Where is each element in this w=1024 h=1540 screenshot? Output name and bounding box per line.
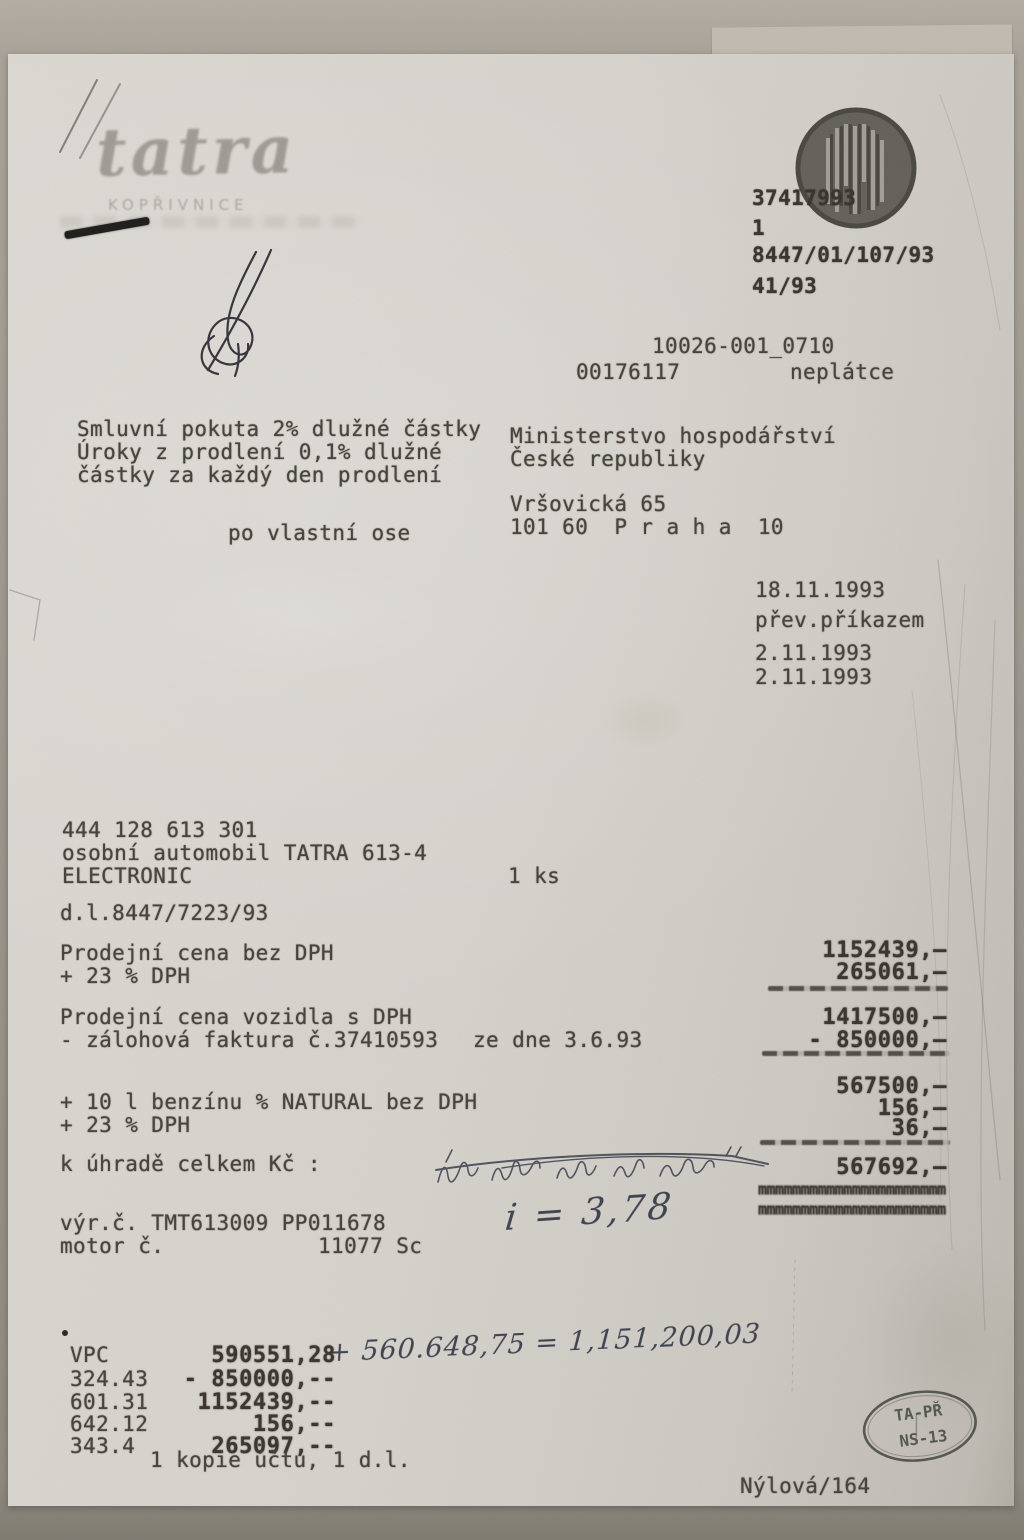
recipient-name-2: České republiky xyxy=(510,447,706,471)
penalty-line-3: částky za každý den prodlení xyxy=(77,463,442,487)
scanned-invoice-page: tatra KOPŘIVNICE xyxy=(0,0,1024,1540)
issue-date: 2.11.1993 xyxy=(755,641,872,665)
acct-row-code: 343.4 xyxy=(70,1434,135,1458)
acct-row-amount: - 850000,-- xyxy=(184,1367,336,1392)
engine-number: 11077 Sc xyxy=(318,1234,422,1258)
total-emphasis-row: mmmmmmmmmmmmmmmmmmmmmm xyxy=(758,1200,954,1219)
clerk-reference: Nýlová/164 xyxy=(740,1474,870,1498)
price-row4-amount: - 850000,— xyxy=(809,1028,947,1053)
paper-highlight xyxy=(140,560,460,680)
separator-line xyxy=(768,986,948,991)
price-row2-amount: 265061,— xyxy=(836,960,947,985)
separator-line xyxy=(760,1140,950,1145)
price-row1-label: Prodejní cena bez DPH xyxy=(60,941,334,965)
recipient-street: Vršovická 65 xyxy=(510,492,667,516)
price-row2-label: + 23 % DPH xyxy=(60,964,190,988)
bullet-mark xyxy=(62,1330,68,1336)
price-row3-amount: 1417500,— xyxy=(822,1005,947,1030)
recipient-city: 101 60 P r a h a 10 xyxy=(510,515,784,539)
price-row6-label: + 10 l benzínu % NATURAL bez DPH xyxy=(60,1090,477,1114)
item-name-1: osobní automobil TATRA 613-4 xyxy=(62,841,427,865)
acct-row-code: 642.12 xyxy=(70,1412,148,1436)
logo-subline: KOPŘIVNICE xyxy=(108,196,249,214)
doc-number: 37417993 xyxy=(752,186,856,210)
acct-row-code: 601.31 xyxy=(70,1390,148,1414)
item-qty: 1 ks xyxy=(508,864,560,888)
serial-number-line: výr.č. TMT613009 PP011678 xyxy=(60,1211,386,1235)
tax-status: neplátce xyxy=(790,360,894,384)
customer-number: 00176117 xyxy=(576,360,680,384)
paper-stain xyxy=(600,690,690,750)
ref-number: 41/93 xyxy=(752,274,817,298)
recipient-name-1: Ministerstvo hospodářství xyxy=(510,424,836,448)
copies-note: 1 kopie účtu, 1 d.l. xyxy=(150,1448,411,1472)
transport-note: po vlastní ose xyxy=(228,521,411,545)
item-name-2: ELECTRONIC xyxy=(62,864,192,888)
acct-row-code: 324.43 xyxy=(70,1367,148,1391)
delivery-note-number: d.l.8447/7223/93 xyxy=(60,901,269,925)
tatra-logo: tatra xyxy=(95,110,298,192)
acct-row-amount: 590551,28 xyxy=(211,1343,336,1368)
order-number: 8447/01/107/93 xyxy=(752,243,935,267)
copy-number: 1 xyxy=(752,216,765,240)
total-amount: 567692,— xyxy=(836,1155,947,1180)
price-row4-label2: ze dne 3.6.93 xyxy=(473,1028,643,1052)
engine-label: motor č. xyxy=(60,1234,164,1258)
acct-row-code: VPC xyxy=(70,1343,109,1367)
penalty-line-2: Úroky z prodlení 0,1% dlužné xyxy=(77,440,442,464)
price-row7-amount: 36,— xyxy=(892,1116,947,1141)
price-row7-label: + 23 % DPH xyxy=(60,1113,190,1137)
price-row4-label: - zálohová faktura č.37410593 xyxy=(60,1028,438,1052)
tax-date: 2.11.1993 xyxy=(755,665,872,689)
penalty-line-1: Smluvní pokuta 2% dlužné částky xyxy=(77,417,481,441)
price-row3-label: Prodejní cena vozidla s DPH xyxy=(60,1005,412,1029)
paper xyxy=(8,54,1014,1506)
total-label: k úhradě celkem Kč : xyxy=(60,1152,321,1176)
separator-line xyxy=(762,1051,950,1056)
due-date: 18.11.1993 xyxy=(755,578,885,602)
total-emphasis-row: mmmmmmmmmmmmmmmmmmmmmm xyxy=(758,1180,954,1199)
payment-method: přev.příkazem xyxy=(755,608,925,632)
item-code: 444 128 613 301 xyxy=(62,818,258,842)
account-code: 10026-001_0710 xyxy=(652,334,835,358)
